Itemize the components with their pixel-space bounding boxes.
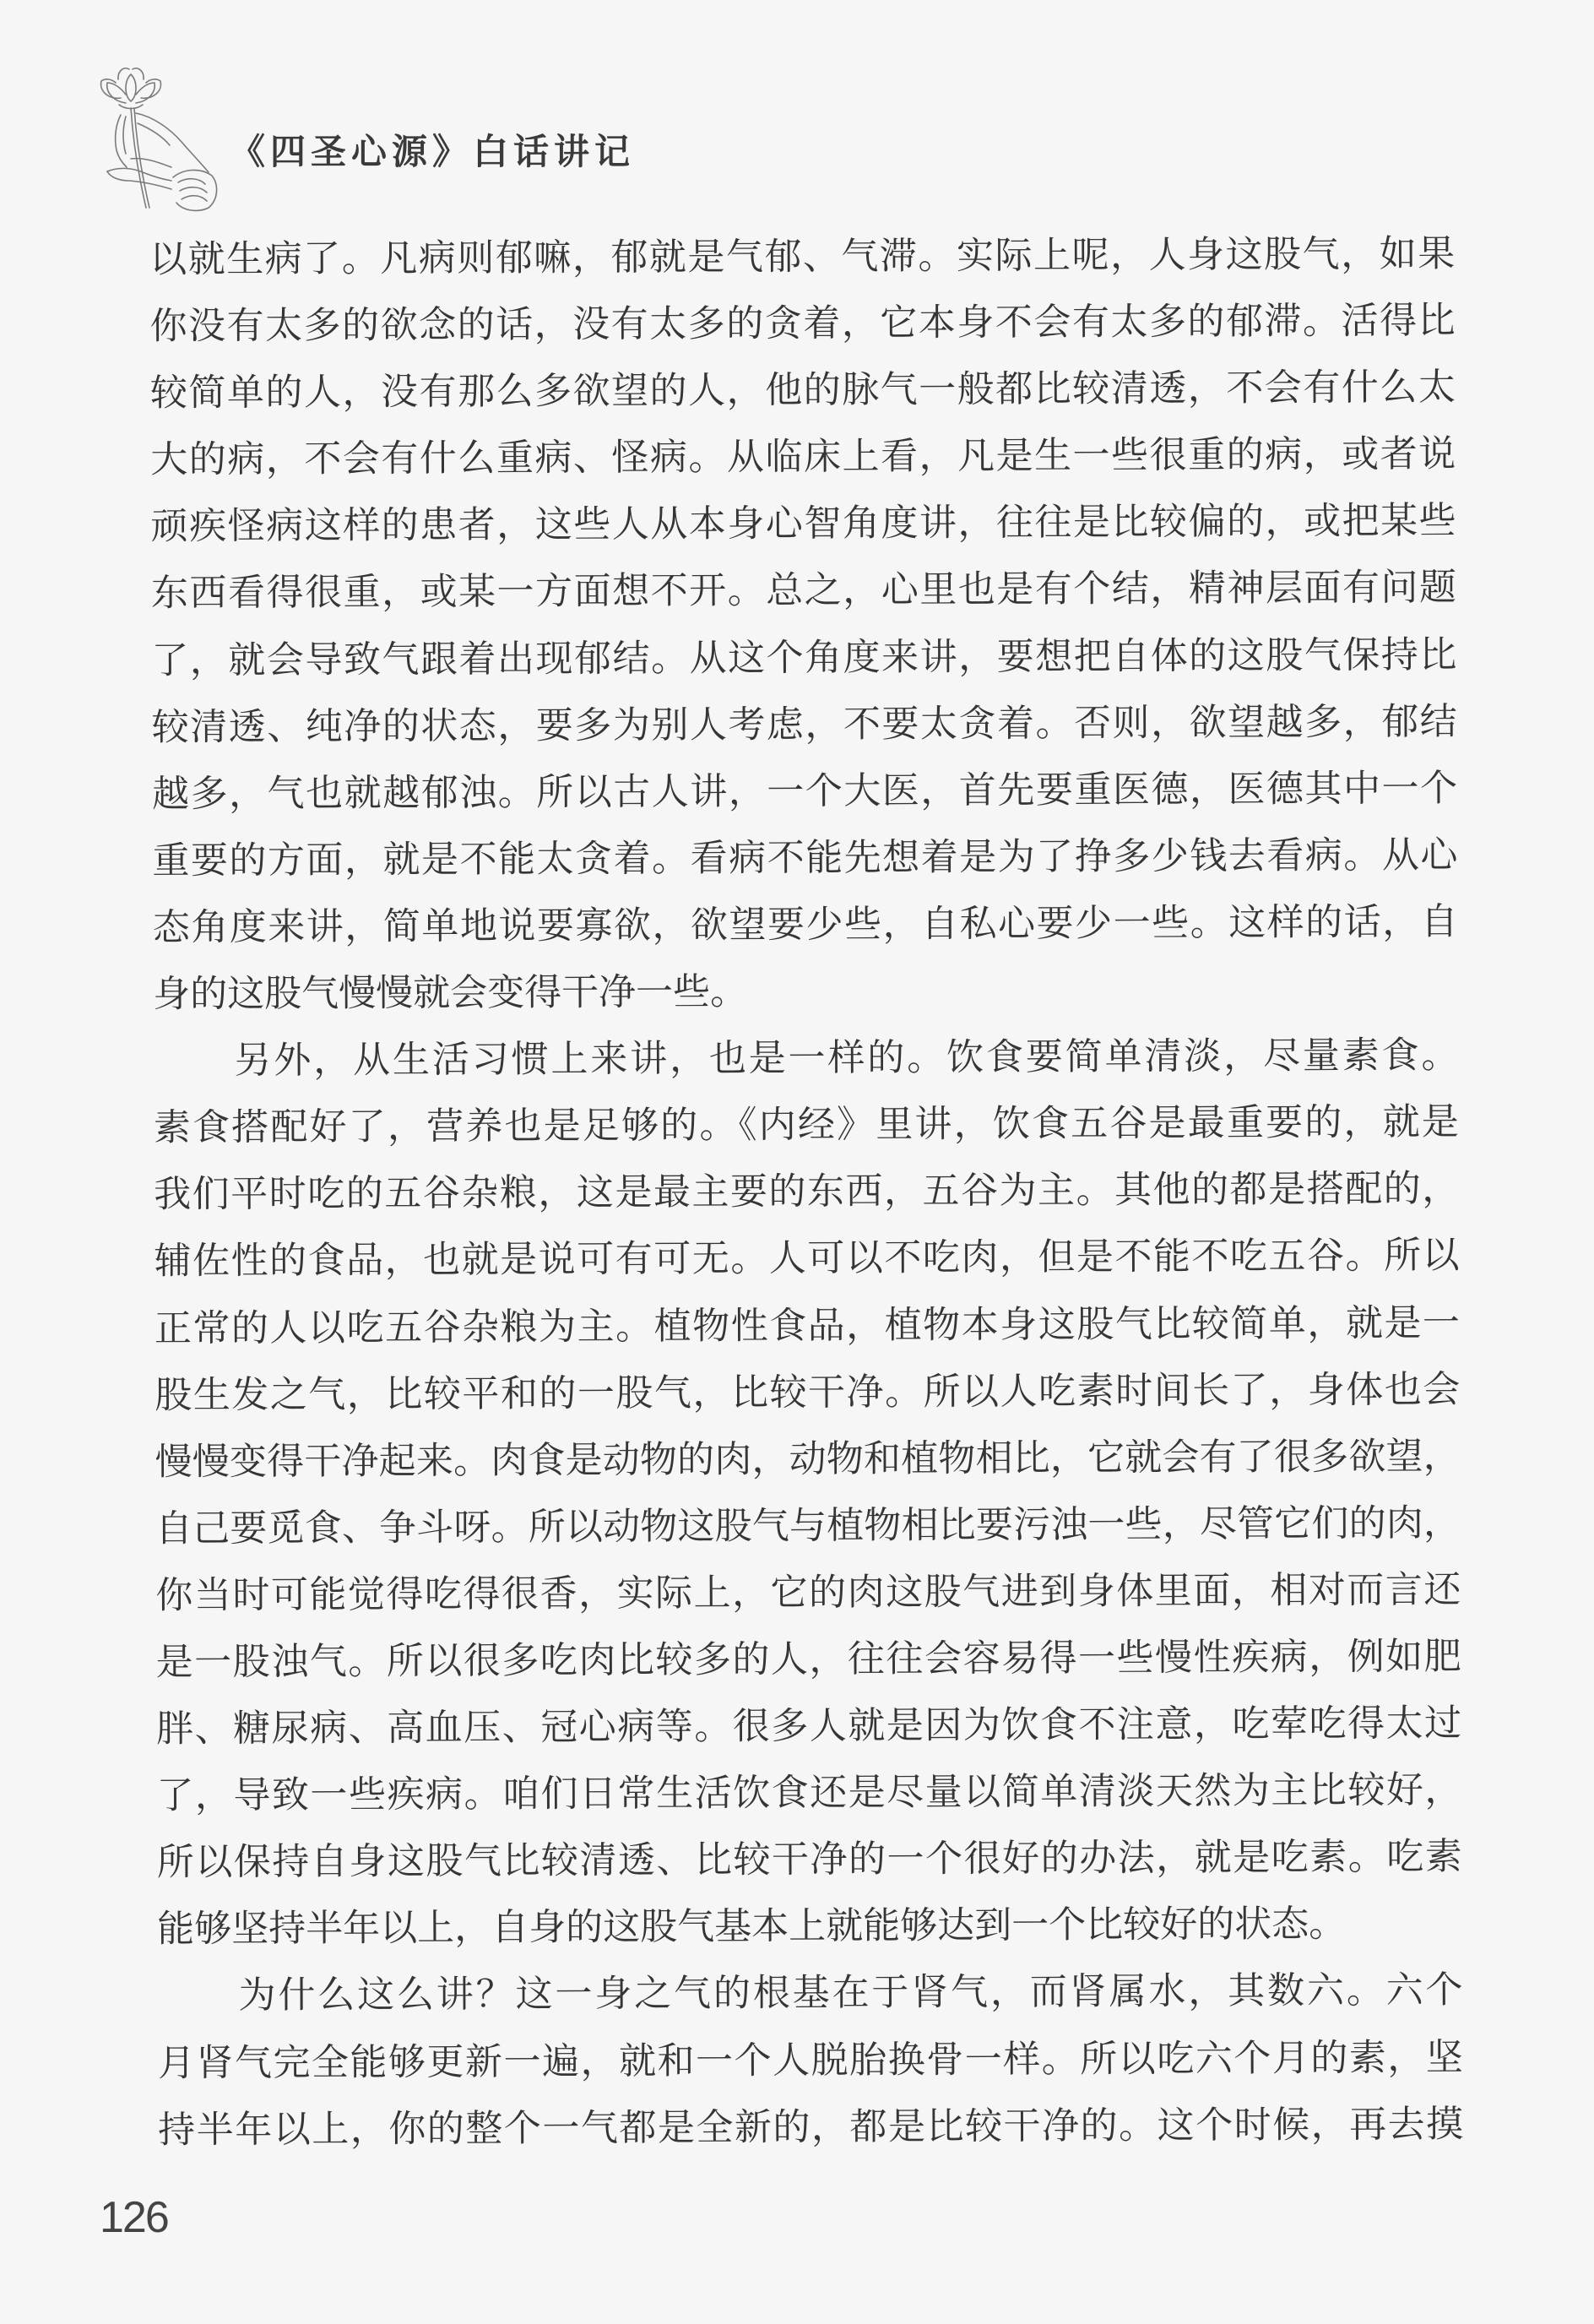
- text-line: 越多，气也就越郁浊。所以古人讲，一个大医，首先要重医德，医德其中一个: [152, 755, 1457, 828]
- text-line: 态角度来讲，简单地说要寡欲，欲望要少些，自私心要少一些。这样的话，自: [153, 888, 1458, 961]
- text-line: 月肾气完全能够更新一遍，就和一个人脱胎换骨一样。所以吃六个月的素，坚: [158, 2023, 1463, 2096]
- paragraph: 为什么这么讲？这一身之气的根基在于肾气，而肾属水，其数六。六个 月肾气完全能够更…: [157, 1957, 1463, 2163]
- text-line: 顽疾怪病这样的患者，这些人从本身心智角度讲，往往是比较偏的，或把某些: [150, 487, 1456, 560]
- text-line: 我们平时吃的五谷杂粮，这是最主要的东西，五谷为主。其他的都是搭配的，: [154, 1155, 1459, 1228]
- text-line: 你当时可能觉得吃得很香，实际上，它的肉这股气进到身体里面，相对而言还: [155, 1556, 1461, 1629]
- paragraph: 以就生病了。凡病则郁嘛，郁就是气郁、气滞。实际上呢，人身这股气，如果 你没有太多…: [149, 220, 1458, 1028]
- text-line: 另外，从生活习惯上来讲，也是一样的。饮食要简单清淡，尽量素食。: [153, 1022, 1458, 1094]
- text-line: 较简单的人，没有那么多欲望的人，他的脉气一般都比较清透，不会有什么太: [150, 354, 1456, 426]
- text-line: 大的病，不会有什么重病、怪病。从临床上看，凡是生一些很重的病，或者说: [150, 421, 1456, 493]
- text-line: 自己要觅食、争斗呀。所以动物这股气与植物相比要污浊一些，尽管它们的肉，: [155, 1490, 1461, 1562]
- lotus-hand-emblem-icon: [89, 57, 228, 226]
- text-line: 胖、糖尿病、高血压、冠心病等。很多人就是因为饮食不注意，吃荤吃得太过: [156, 1690, 1461, 1762]
- book-title: 《四圣心源》白话讲记: [230, 128, 635, 176]
- text-line: 重要的方面，就是不能太贪着。看病不能先想着是为了挣多少钱去看病。从心: [152, 822, 1457, 894]
- body-text: 以就生病了。凡病则郁嘛，郁就是气郁、气滞。实际上呢，人身这股气，如果 你没有太多…: [149, 220, 1463, 2164]
- text-line: 身的这股气慢慢就会变得干净一些。: [153, 955, 1458, 1028]
- paragraph: 另外，从生活习惯上来讲，也是一样的。饮食要简单清淡，尽量素食。 素食搭配好了，营…: [153, 1022, 1462, 1963]
- text-line: 了，就会导致气跟着出现郁结。从这个角度来讲，要想把自体的这股气保持比: [151, 622, 1456, 694]
- text-line: 东西看得很重，或某一方面想不开。总之，心里也是有个结，精神层面有问题: [151, 554, 1456, 627]
- text-line: 素食搭配好了，营养也是足够的。《内经》里讲，饮食五谷是最重要的，就是: [154, 1089, 1459, 1161]
- page-number: 126: [100, 2196, 168, 2240]
- text-line: 能够坚持半年以上，自身的这股气基本上就能够达到一个比较好的状态。: [157, 1890, 1462, 1963]
- text-line: 为什么这么讲？这一身之气的根基在于肾气，而肾属水，其数六。六个: [157, 1957, 1462, 2029]
- text-line: 股生发之气，比较平和的一股气，比较干净。所以人吃素时间长了，身体也会: [155, 1356, 1460, 1429]
- text-line: 持半年以上，你的整个一气都是全新的，都是比较干净的。这个时候，再去摸: [158, 2091, 1463, 2164]
- text-line: 了，导致一些疾病。咱们日常生活饮食还是尽量以简单清淡天然为主比较好，: [156, 1757, 1461, 1829]
- text-line: 较清透、纯净的状态，要多为别人考虑，不要太贪着。否则，欲望越多，郁结: [152, 688, 1457, 761]
- text-line: 正常的人以吃五谷杂粮为主。植物性食品，植物本身这股气比较简单，就是一: [155, 1289, 1460, 1361]
- text-line: 辅佐性的食品，也就是说可有可无。人可以不吃肉，但是不能不吃五谷。所以: [154, 1222, 1459, 1295]
- text-line: 所以保持自身这股气比较清透、比较干净的一个很好的办法，就是吃素。吃素: [157, 1823, 1462, 1896]
- text-line: 是一股浊气。所以很多吃肉比较多的人，往往会容易得一些慢性疾病，例如肥: [156, 1623, 1461, 1696]
- text-line: 你没有太多的欲念的话，没有太多的贪着，它本身不会有太多的郁滞。活得比: [149, 287, 1455, 360]
- book-page: 《四圣心源》白话讲记 以就生病了。凡病则郁嘛，郁就是气郁、气滞。实际上呢，人身这…: [0, 0, 1594, 2324]
- text-line: 以就生病了。凡病则郁嘛，郁就是气郁、气滞。实际上呢，人身这股气，如果: [149, 220, 1455, 293]
- text-line: 慢慢变得干净起来。肉食是动物的肉，动物和植物相比，它就会有了很多欲望，: [155, 1423, 1460, 1496]
